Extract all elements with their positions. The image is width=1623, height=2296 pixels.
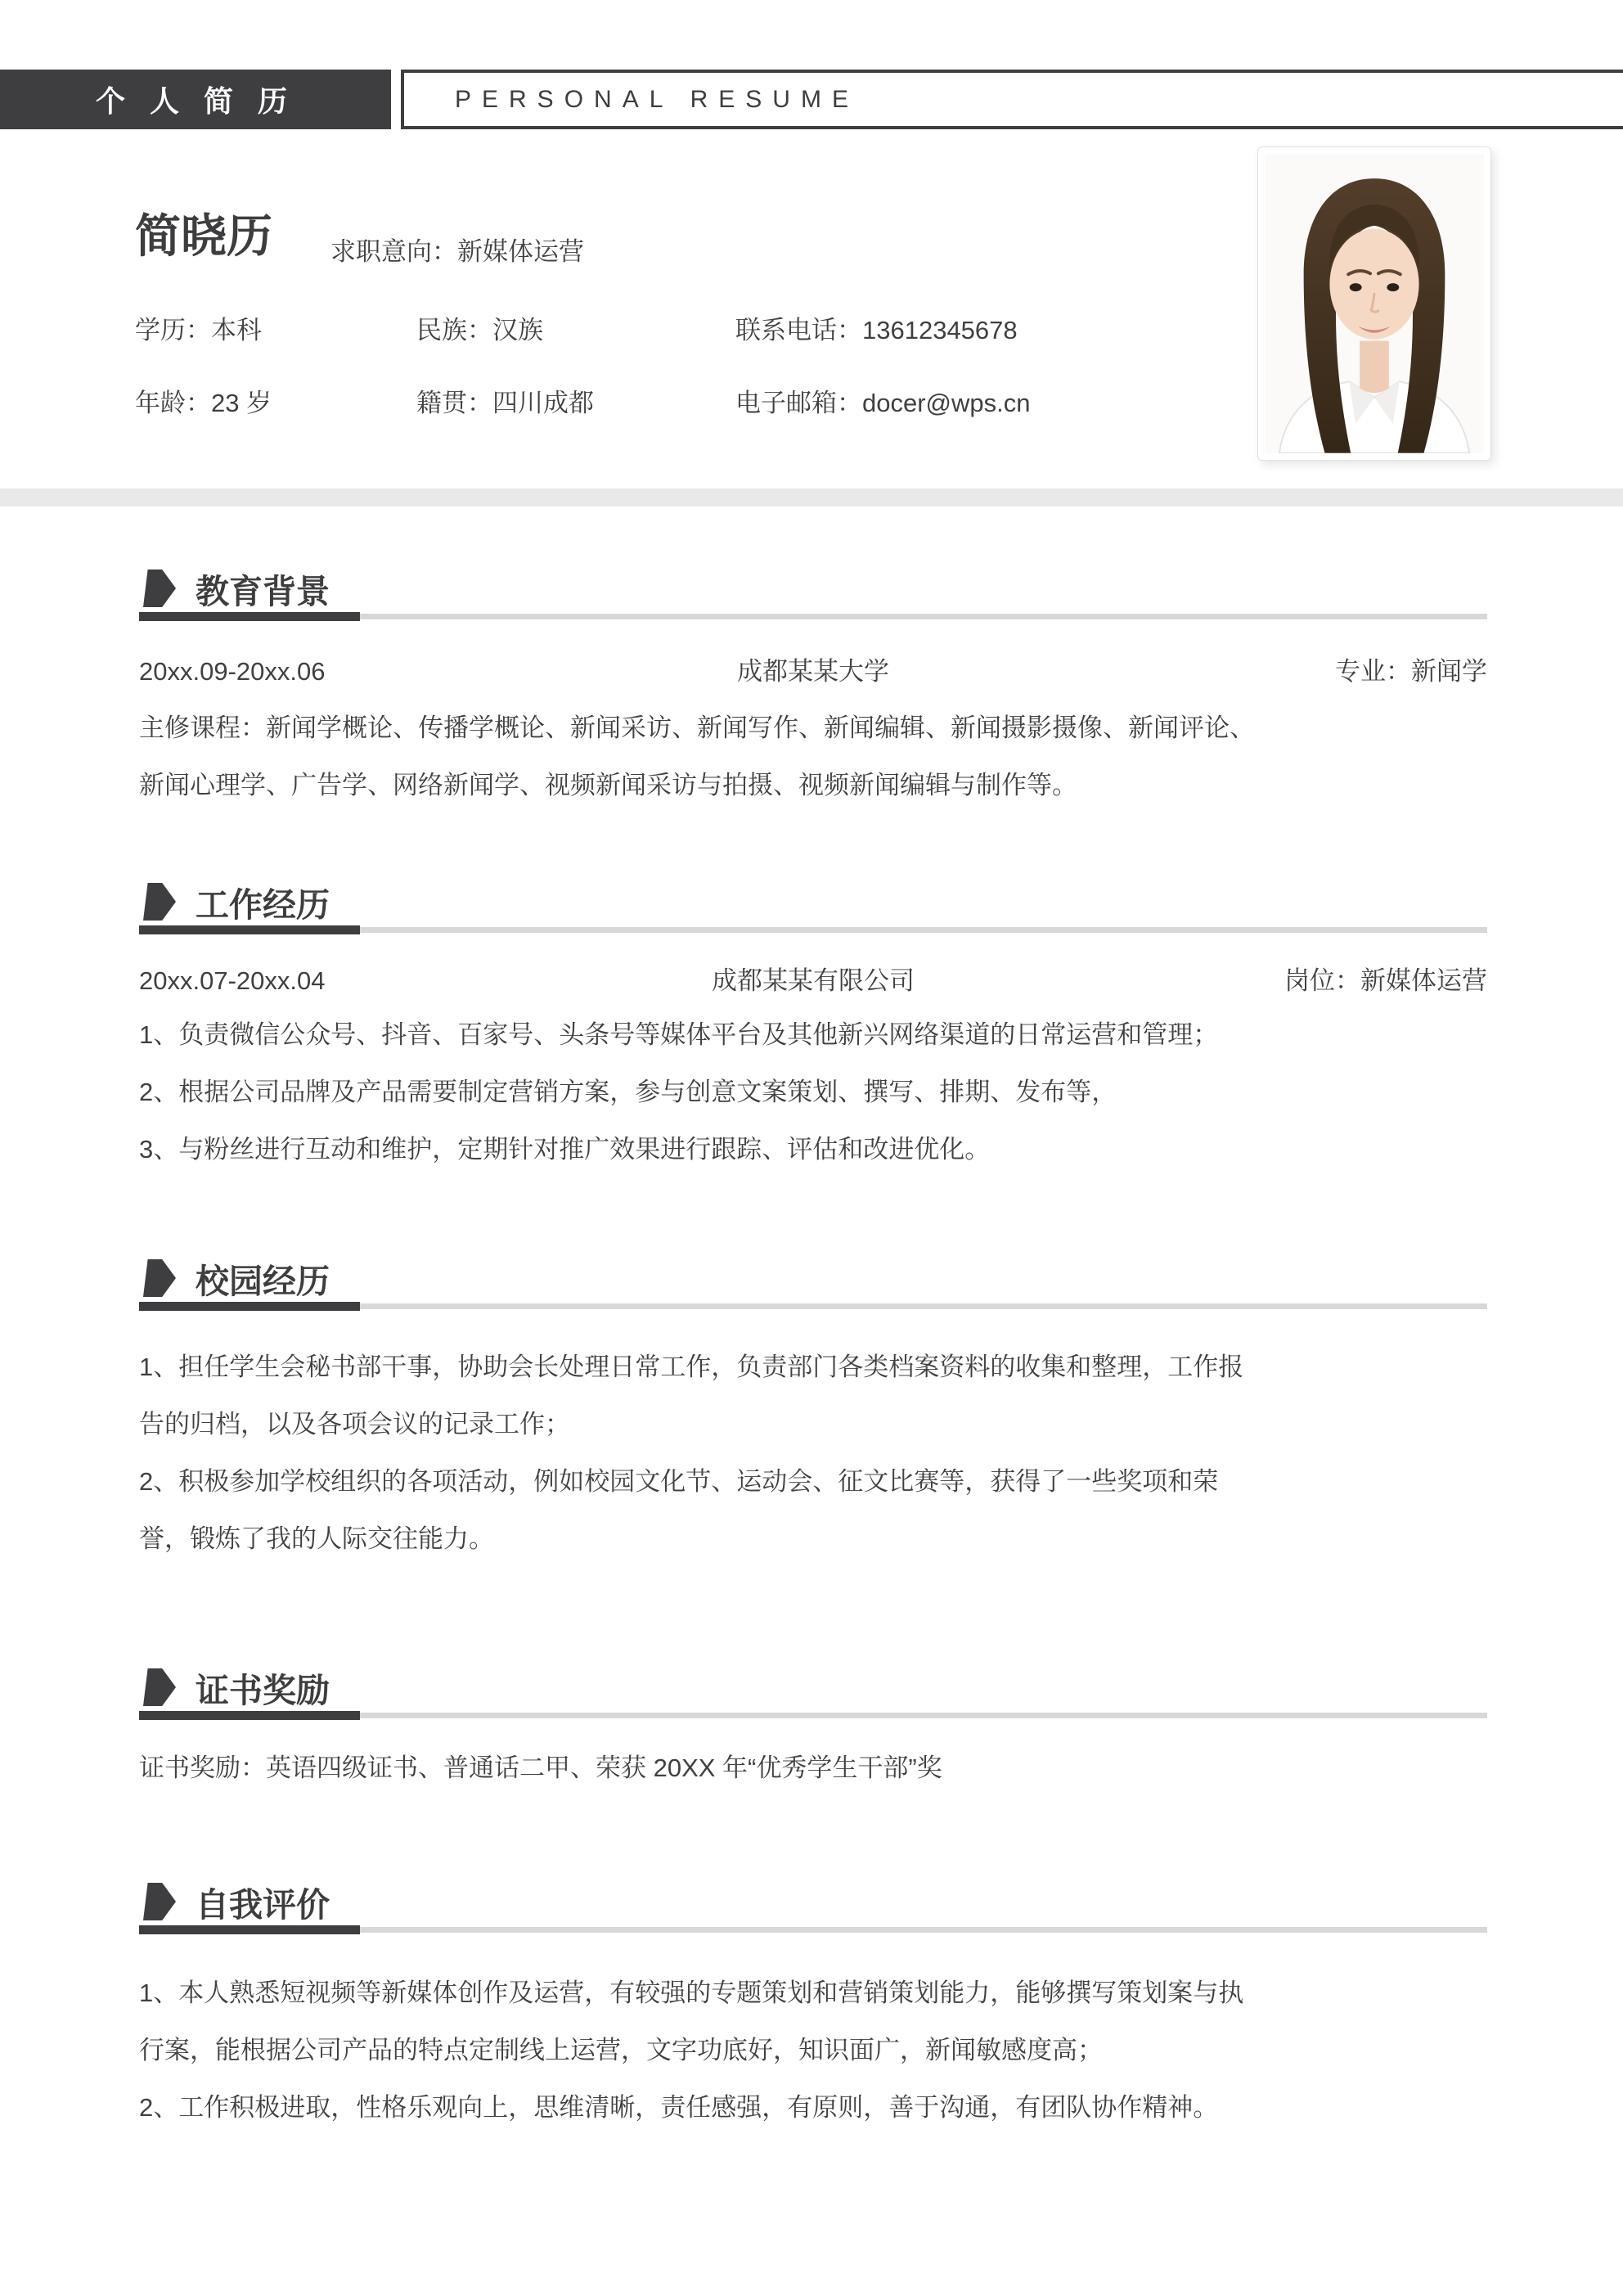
info-age: 年龄：23 岁 <box>135 389 272 418</box>
campus-line: 誉，锻炼了我的人际交往能力。 <box>139 1510 1497 1568</box>
work-duty-line: 1、负责微信公众号、抖音、百家号、头条号等媒体平台及其他新兴网络渠道的日常运营和… <box>139 1006 1497 1064</box>
info-hometown: 籍贯：四川成都 <box>416 389 594 418</box>
candidate-name: 简晓历 <box>135 209 272 263</box>
work-duty-line: 3、与粉丝进行互动和维护，定期针对推广效果进行跟踪、评估和改进优化。 <box>139 1121 1497 1178</box>
section-marker-icon <box>143 569 176 607</box>
section-title: 证书奖励 <box>196 1663 330 1712</box>
work-company: 成都某某有限公司 <box>712 966 915 996</box>
campus-line: 2、积极参加学校组织的各项活动，例如校园文化节、运动会、征文比赛等，获得了一些奖… <box>139 1453 1497 1510</box>
selfeval-text: 1、本人熟悉短视频等新媒体创作及运营，有较强的专题策划和营销策划能力，能够撰写策… <box>139 1965 1497 2136</box>
section-title: 校园经历 <box>196 1254 330 1303</box>
selfeval-line: 1、本人熟悉短视频等新媒体创作及运营，有较强的专题策划和营销策划能力，能够撰写策… <box>139 1965 1497 2022</box>
info-education: 学历：本科 <box>135 316 262 345</box>
section-certificates: 证书奖励 证书奖励：英语四级证书、普通话二甲、荣获 20XX 年“优秀学生干部”… <box>0 1668 1623 1807</box>
work-duties: 1、负责微信公众号、抖音、百家号、头条号等媒体平台及其他新兴网络渠道的日常运营和… <box>139 1006 1497 1178</box>
section-underline-gray <box>360 1713 1487 1718</box>
profile-photo <box>1257 146 1491 461</box>
edu-major: 专业：新闻学 <box>1335 657 1487 687</box>
work-meta-row: 20xx.07-20xx.04 成都某某有限公司 岗位：新媒体运营 <box>139 966 1487 999</box>
section-marker-icon <box>143 883 176 921</box>
certificates-text: 证书奖励：英语四级证书、普通话二甲、荣获 20XX 年“优秀学生干部”奖 <box>139 1740 1497 1797</box>
section-underline-gray <box>360 614 1487 619</box>
banner-title-cn: 个 人 简 历 <box>0 70 391 129</box>
section-marker-icon <box>143 1259 176 1297</box>
section-underline-gray <box>360 1927 1487 1933</box>
section-education-heading: 教育背景 <box>143 569 330 608</box>
edu-courses: 主修课程：新闻学概论、传播学概论、新闻采访、新闻写作、新闻编辑、新闻摄影摄像、新… <box>139 700 1497 814</box>
job-intention: 求职意向：新媒体运营 <box>330 237 584 267</box>
certificates-line: 证书奖励：英语四级证书、普通话二甲、荣获 20XX 年“优秀学生干部”奖 <box>139 1740 1497 1797</box>
section-work-heading: 工作经历 <box>143 882 330 921</box>
section-underline-gray <box>360 1303 1487 1309</box>
portrait-illustration <box>1265 154 1484 453</box>
section-underline-dark <box>139 1711 360 1720</box>
work-position: 岗位：新媒体运营 <box>1284 966 1487 996</box>
section-title: 工作经历 <box>196 878 330 926</box>
campus-line: 1、担任学生会秘书部干事，协助会长处理日常工作，负责部门各类档案资料的收集和整理… <box>139 1339 1497 1396</box>
section-underline-gray <box>360 927 1487 933</box>
info-email: 电子邮箱：docer@wps.cn <box>735 389 1031 418</box>
selfeval-line: 2、工作积极进取，性格乐观向上，思维清晰，责任感强，有原则，善于沟通，有团队协作… <box>139 2079 1497 2136</box>
work-duty-line: 2、根据公司品牌及产品需要制定营销方案，参与创意文案策划、撰写、排期、发布等， <box>139 1064 1497 1121</box>
info-ethnicity: 民族：汉族 <box>416 316 543 345</box>
section-selfeval: 自我评价 1、本人熟悉短视频等新媒体创作及运营，有较强的专题策划和营销策划能力，… <box>0 1882 1623 2152</box>
resume-page: 个 人 简 历 PERSONAL RESUME <box>0 0 1623 2296</box>
banner-title-en-text: PERSONAL RESUME <box>455 86 859 114</box>
section-marker-icon <box>143 1883 176 1920</box>
campus-activities: 1、担任学生会秘书部干事，协助会长处理日常工作，负责部门各类档案资料的收集和整理… <box>139 1339 1497 1568</box>
section-underline-dark <box>139 612 360 621</box>
section-title: 教育背景 <box>196 565 330 613</box>
section-work: 工作经历 20xx.07-20xx.04 成都某某有限公司 岗位：新媒体运营 1… <box>0 882 1623 1201</box>
section-underline-dark <box>139 925 360 934</box>
section-marker-icon <box>143 1668 176 1706</box>
header-divider-band <box>0 488 1623 506</box>
education-meta-row: 20xx.09-20xx.06 成都某某大学 专业：新闻学 <box>139 657 1487 690</box>
section-education: 教育背景 20xx.09-20xx.06 成都某某大学 专业：新闻学 主修课程：… <box>0 569 1623 822</box>
section-campus: 校园经历 1、担任学生会秘书部干事，协助会长处理日常工作，负责部门各类档案资料的… <box>0 1258 1623 1586</box>
banner-title-en: PERSONAL RESUME <box>401 70 1623 129</box>
banner-title-cn-text: 个 人 简 历 <box>96 79 295 120</box>
selfeval-line: 行案，能根据公司产品的特点定制线上运营，文字功底好，知识面广，新闻敏感度高； <box>139 2022 1497 2079</box>
section-selfeval-heading: 自我评价 <box>143 1882 330 1921</box>
edu-school: 成都某某大学 <box>737 657 889 687</box>
edu-courses-line: 新闻心理学、广告学、网络新闻学、视频新闻采访与拍摄、视频新闻编辑与制作等。 <box>139 757 1497 814</box>
section-certificates-heading: 证书奖励 <box>143 1668 330 1707</box>
section-underline-dark <box>139 1302 360 1311</box>
section-title: 自我评价 <box>196 1878 330 1926</box>
info-phone: 联系电话：13612345678 <box>735 316 1018 345</box>
work-period: 20xx.07-20xx.04 <box>139 966 325 996</box>
section-campus-heading: 校园经历 <box>143 1258 330 1298</box>
campus-line: 告的归档，以及各项会议的记录工作； <box>139 1396 1497 1453</box>
edu-period: 20xx.09-20xx.06 <box>139 657 325 687</box>
section-underline-dark <box>139 1925 360 1934</box>
edu-courses-line: 主修课程：新闻学概论、传播学概论、新闻采访、新闻写作、新闻编辑、新闻摄影摄像、新… <box>139 700 1497 757</box>
